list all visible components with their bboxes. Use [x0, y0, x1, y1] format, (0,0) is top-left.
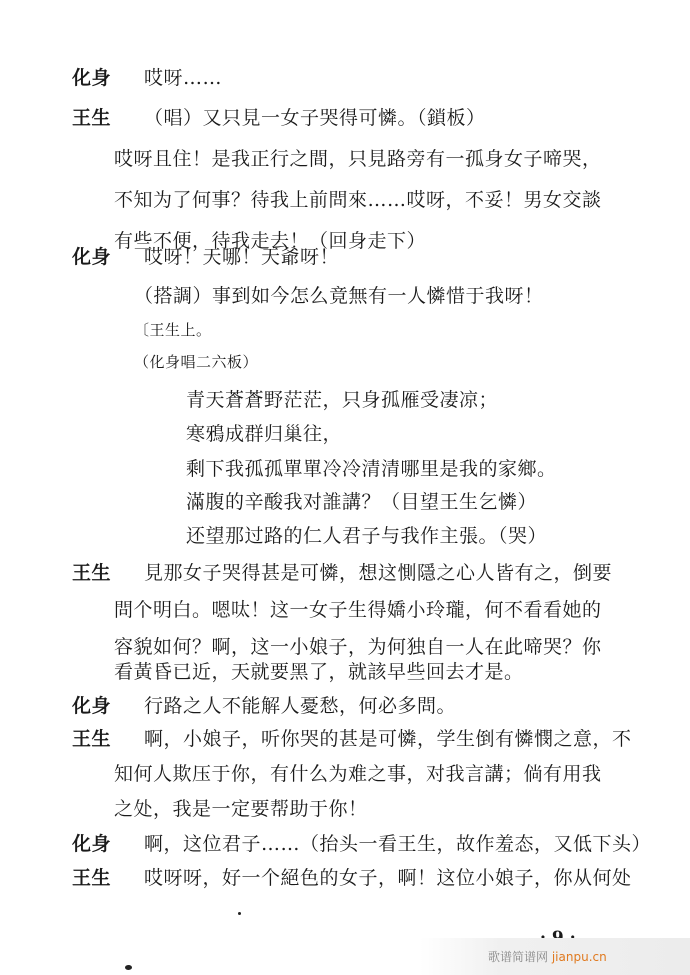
line-text: 寒鴉成群归巢往，: [186, 423, 342, 445]
line-text: 哎呀！天哪！天爺呀！: [144, 246, 339, 268]
stage-direction: 〔王生上。: [134, 318, 212, 342]
speaker-label: 王生: [72, 106, 144, 130]
script-line: 問个明白。嗯呔！这一女子生得嬌小玲瓏，何不看看她的: [114, 598, 602, 622]
line-text: 問个明白。嗯呔！这一女子生得嬌小玲瓏，何不看看她的: [114, 599, 602, 621]
lyric-line: 还望那过路的仁人君子与我作主張。（哭）: [186, 524, 547, 548]
script-line: 容貌如何？啊，这一小娘子，为何独自一人在此啼哭？你: [114, 635, 602, 659]
watermark-en: jianpu.cn: [552, 950, 607, 964]
line-text: （化身唱二六板）: [134, 353, 258, 371]
script-line: 哎呀且住！是我正行之間，只見路旁有一孤身女子啼哭，: [114, 147, 602, 171]
script-line: 之处，我是一定要帮助于你！: [114, 797, 368, 821]
line-text: 知何人欺压于你，有什么为难之事，对我言講；倘有用我: [114, 763, 602, 785]
speaker-label: 化身: [72, 245, 144, 269]
speaker-label: 王生: [72, 561, 144, 585]
line-text: 行路之人不能解人憂愁，何必多問。: [144, 695, 456, 717]
line-text: （唱）又只見一女子哭得可憐。（鎖板）: [144, 107, 486, 129]
lyric-line: 青天蒼蒼野茫茫，只身孤雁受凄凉；: [186, 388, 498, 412]
speaker-label: 王生: [72, 727, 144, 751]
line-text: 还望那过路的仁人君子与我作主張。（哭）: [186, 525, 547, 547]
script-line: 王生（唱）又只見一女子哭得可憐。（鎖板）: [72, 106, 486, 130]
script-line: 王生見那女子哭得甚是可憐，想这惻隱之心人皆有之，倒要: [72, 561, 612, 585]
line-text: 滿腹的辛酸我对誰講？（目望王生乞憐）: [186, 491, 537, 513]
script-line: 王生啊，小娘子，听你哭的甚是可憐，学生倒有憐憫之意，不: [72, 727, 632, 751]
lyric-line: 剩下我孤孤單單冷冷清清哪里是我的家鄉。: [186, 457, 557, 481]
script-line: 化身哎呀！天哪！天爺呀！: [72, 245, 339, 269]
script-line: 知何人欺压于你，有什么为难之事，对我言講；倘有用我: [114, 762, 602, 786]
line-text: 青天蒼蒼野茫茫，只身孤雁受凄凉；: [186, 389, 498, 411]
script-line: 王生哎呀呀，好一个絕色的女子，啊！这位小娘子，你从何处: [72, 866, 632, 890]
script-line: 看黃昏已近，天就要黑了，就該早些回去才是。: [114, 660, 524, 684]
script-line: 化身哎呀……: [72, 66, 222, 90]
speaker-label: 化身: [72, 832, 144, 856]
script-line: 化身啊，这位君子……（抬头一看王生，故作羞态，又低下头）: [72, 832, 651, 856]
speaker-label: 王生: [72, 866, 144, 890]
scan-speck: [125, 965, 132, 970]
script-line: 化身行路之人不能解人憂愁，何必多問。: [72, 694, 456, 718]
watermark-cn: 歌谱简谱网: [488, 950, 548, 964]
line-text: 剩下我孤孤單單冷冷清清哪里是我的家鄉。: [186, 458, 557, 480]
line-text: 〔王生上。: [134, 321, 212, 339]
line-text: 不知为了何事？待我上前問來……哎呀，不妥！男女交談: [114, 189, 602, 211]
line-text: 見那女子哭得甚是可憐，想这惻隱之心人皆有之，倒要: [144, 562, 612, 584]
line-text: 啊，小娘子，听你哭的甚是可憐，学生倒有憐憫之意，不: [144, 728, 632, 750]
lyric-line: 滿腹的辛酸我对誰講？（目望王生乞憐）: [186, 490, 537, 514]
script-line: （搭調）事到如今怎么竟無有一人憐惜于我呀！: [134, 284, 544, 308]
line-text: 哎呀呀，好一个絕色的女子，啊！这位小娘子，你从何处: [144, 867, 632, 889]
stage-direction: （化身唱二六板）: [134, 350, 258, 374]
lyric-line: 寒鴉成群归巢往，: [186, 422, 342, 446]
speaker-label: 化身: [72, 66, 144, 90]
line-text: 啊，这位君子……（抬头一看王生，故作羞态，又低下头）: [144, 833, 651, 855]
line-text: 哎呀且住！是我正行之間，只見路旁有一孤身女子啼哭，: [114, 148, 602, 170]
speaker-label: 化身: [72, 694, 144, 718]
line-text: 哎呀……: [144, 67, 222, 89]
line-text: 看黃昏已近，天就要黑了，就該早些回去才是。: [114, 661, 524, 683]
line-text: 容貌如何？啊，这一小娘子，为何独自一人在此啼哭？你: [114, 636, 602, 658]
line-text: 之处，我是一定要帮助于你！: [114, 798, 368, 820]
scan-speck: [238, 912, 241, 915]
script-line: 不知为了何事？待我上前問來……哎呀，不妥！男女交談: [114, 188, 602, 212]
watermark: 歌谱简谱网 jianpu.cn: [488, 948, 607, 965]
line-text: （搭調）事到如今怎么竟無有一人憐惜于我呀！: [134, 285, 544, 307]
